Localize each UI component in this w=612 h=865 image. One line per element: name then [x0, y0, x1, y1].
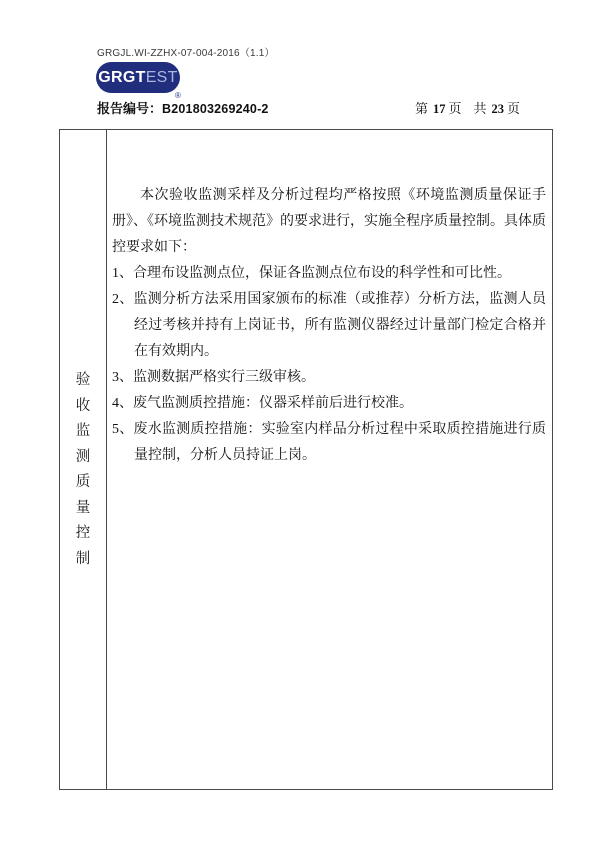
grgtest-logo: GRGTEST ® — [96, 62, 188, 102]
page-unit: 页 — [449, 101, 462, 116]
qc-item-number: 2、 — [112, 292, 133, 307]
report-number-line: 报告编号：B201803269240-2 — [97, 98, 269, 117]
total-word: 共 — [474, 101, 487, 116]
row-header-char: 收 — [76, 399, 91, 414]
current-page-number: 17 — [433, 102, 446, 116]
row-header-char: 量 — [76, 501, 91, 516]
report-number-label: 报告编号： — [97, 101, 162, 116]
qc-item-4: 4、废气监测质控措施：仪器采样前后进行校准。 — [112, 391, 546, 417]
row-header-acceptance-monitoring-qc: 验 收 监 测 质 量 控 制 — [60, 130, 107, 789]
qc-item-5: 5、废水监测质控措施：实验室内样品分析过程中采取质控措施进行质量控制，分析人员持… — [112, 417, 546, 469]
row-header-char: 制 — [76, 552, 91, 567]
qc-item-2: 2、监测分析方法采用国家颁布的标准（或推荐）分析方法，监测人员经过考核并持有上岗… — [112, 287, 546, 365]
row-header-char: 测 — [76, 450, 91, 465]
logo-text-light: EST — [146, 70, 178, 86]
document-code: GRGJL.WI-ZZHX-07-004-2016（1.1） — [97, 44, 275, 59]
row-header-char: 质 — [76, 475, 91, 490]
page-word: 第 — [415, 101, 428, 116]
qc-item-number: 1、 — [112, 266, 133, 281]
qc-item-text: 废水监测质控措施：实验室内样品分析过程中采取质控措施进行质量控制，分析人员持证上… — [133, 422, 546, 463]
qc-section-table: 验 收 监 测 质 量 控 制 本次验收监测采样及分析过程均严格按照《环境监测质… — [59, 129, 553, 790]
row-header-char: 监 — [76, 424, 91, 439]
qc-item-number: 5、 — [112, 422, 133, 437]
pagination: 第17页共23页 — [415, 98, 520, 117]
qc-item-text: 废气监测质控措施：仪器采样前后进行校准。 — [133, 396, 413, 411]
report-number-value: B201803269240-2 — [162, 102, 269, 116]
qc-content-cell: 本次验收监测采样及分析过程均严格按照《环境监测质量保证手册》、《环境监测技术规范… — [107, 130, 552, 789]
qc-item-text: 合理布设监测点位，保证各监测点位布设的科学性和可比性。 — [133, 266, 511, 281]
logo-pill: GRGTEST — [96, 62, 180, 93]
logo-text-bold: GRGT — [98, 70, 145, 86]
qc-item-text: 监测分析方法采用国家颁布的标准（或推荐）分析方法，监测人员经过考核并持有上岗证书… — [133, 292, 546, 359]
qc-item-number: 4、 — [112, 396, 133, 411]
qc-item-3: 3、监测数据严格实行三级审核。 — [112, 365, 546, 391]
qc-item-text: 监测数据严格实行三级审核。 — [133, 370, 315, 385]
row-header-char: 验 — [76, 373, 91, 388]
qc-item-1: 1、合理布设监测点位，保证各监测点位布设的科学性和可比性。 — [112, 261, 546, 287]
qc-item-number: 3、 — [112, 370, 133, 385]
row-header-char: 控 — [76, 526, 91, 541]
qc-intro-paragraph: 本次验收监测采样及分析过程均严格按照《环境监测质量保证手册》、《环境监测技术规范… — [112, 183, 546, 261]
report-page: GRGJL.WI-ZZHX-07-004-2016（1.1） GRGTEST ®… — [0, 0, 612, 865]
total-pages-number: 23 — [492, 102, 505, 116]
total-unit: 页 — [507, 101, 520, 116]
